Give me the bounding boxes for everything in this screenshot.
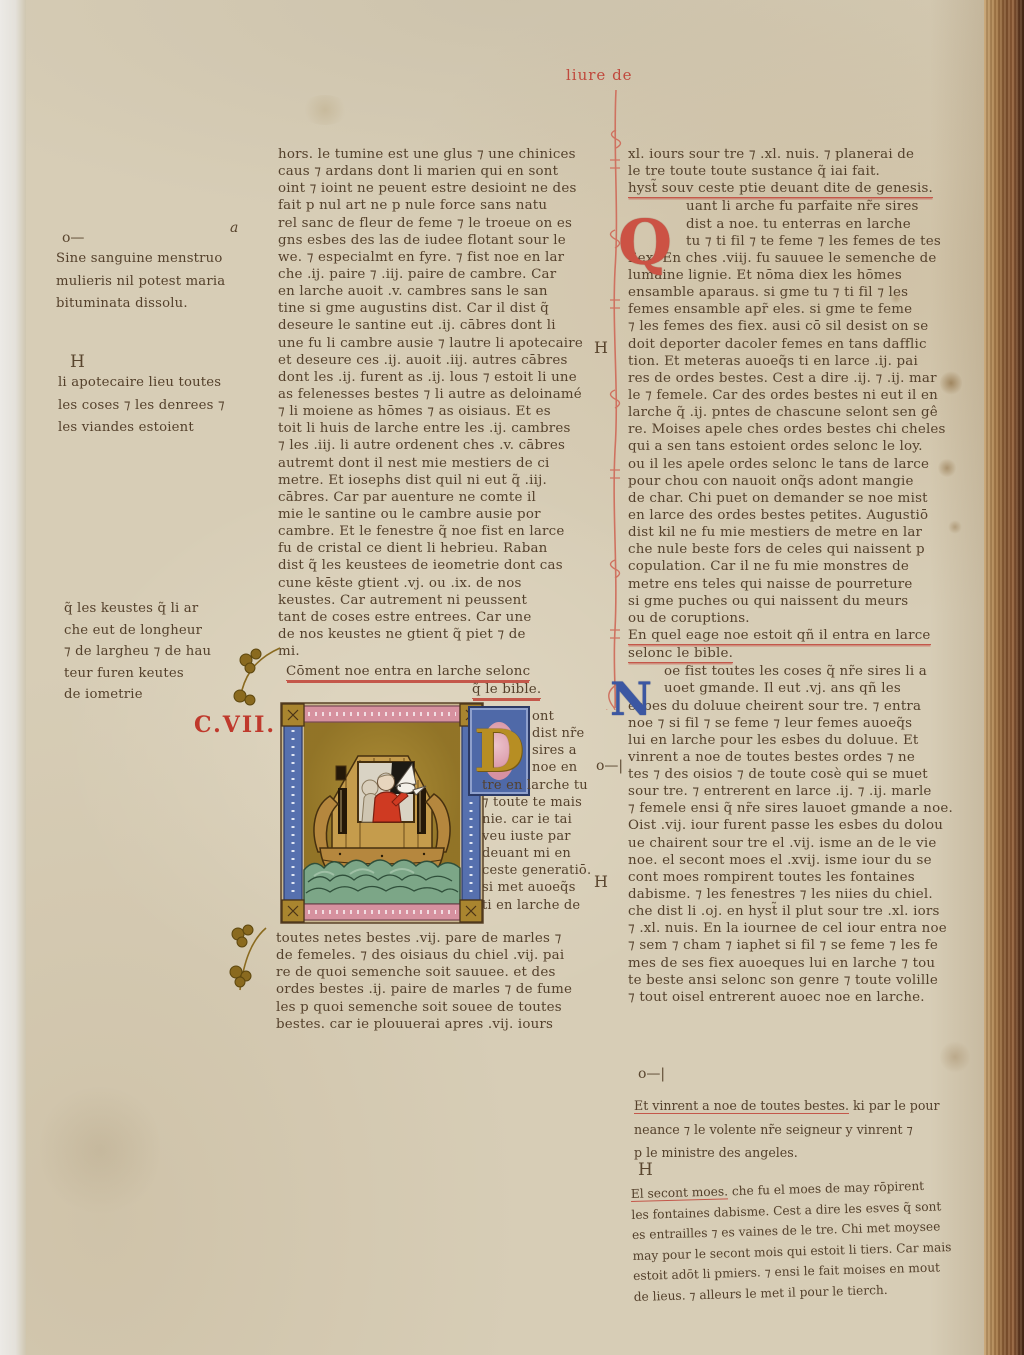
text-line: vinrent a noe de toutes bestes ordes ⁊ n… [628, 749, 974, 766]
text-line: le ⁊ femele. Car des ordes bestes ni eut… [628, 387, 974, 404]
text-line: fu de cristal ce dient li hebrieu. Raban [278, 540, 618, 557]
rubric-line: Cōment noe entra en larche selonc [286, 663, 530, 681]
text-line: larche q̃ .ij. pntes de chascune selont … [628, 404, 974, 421]
text-line: as felenesses bestes ⁊ li autre as deloi… [278, 386, 618, 403]
column1-text: hors. le tumine est une glus ⁊ une chini… [278, 146, 618, 660]
text-line: Oist .vij. iour furent passe les esbes d… [628, 817, 974, 834]
rubric-line: q̃ le bible. [472, 681, 541, 699]
text-line: che .ij. paire ⁊ .iij. paire de cambre. … [278, 266, 618, 283]
text-line: veu iuste par [482, 828, 614, 845]
text-line: re de quoi semenche soit sauuee. et des [276, 964, 620, 981]
text-line: nie. car ie tai [482, 811, 614, 828]
text-line: lui en larche pour les esbes du doluue. … [628, 732, 974, 749]
text-line: ⁊ tout oisel entrerent auoec noe en larc… [628, 989, 974, 1006]
margin-note-keustes: q̃ les keustes q̃ li arche eut de longhe… [64, 598, 254, 706]
text-line: cont moes rompirent toutes les fontaines [628, 869, 974, 886]
margin-note-line: che eut de longheur [64, 620, 254, 642]
noah-ark-miniature [280, 702, 484, 924]
text-line: qui a sen tans estoient ordes selonc le … [628, 438, 974, 455]
margin-note-apotecaire: li apotecaire lieu toutesles coses ⁊ les… [58, 372, 258, 440]
margin-note-line: q̃ les keustes q̃ li ar [64, 598, 254, 620]
text-line: toutes netes bestes .vij. pare de marles… [276, 930, 620, 947]
margin-note-line: teur furen keutes [64, 663, 254, 685]
text-line: noe en [482, 759, 614, 776]
text-line: mie le santine ou le cambre ausie por [278, 506, 618, 523]
text-line: une fu li cambre ausie ⁊ lautre li apote… [278, 335, 618, 352]
text-line: ou de coruptions. [628, 610, 974, 627]
text-line: uoet gmande. Il eut .vj. ans qñ les [628, 680, 974, 697]
margin-mark-o: o—| [638, 1066, 665, 1082]
text-line: dist q̃ les keustees de ieometrie dont c… [278, 557, 618, 574]
manuscript-page: liure de o— a Sine sanguine menstruomuli… [0, 0, 1024, 1355]
text-line: en larce des ordes bestes petites. Augus… [628, 507, 974, 524]
text-line: lumaine lignie. Et nōma diex les hōmes [628, 267, 974, 284]
text-line: de femeles. ⁊ des oisiaus du chiel .vij.… [276, 947, 620, 964]
text-line: dist a noe. tu enterras en larche [628, 216, 974, 233]
text-line: doit deporter dacoler femes en tans daff… [628, 336, 974, 353]
text-line: selonc le bible. [628, 645, 733, 663]
text-line: deuant mi en [482, 845, 614, 862]
margin-note-line: mulieris nil potest maria [56, 271, 256, 294]
text-line: ⁊ les femes des fiex. ausi cō sil desist… [628, 318, 974, 335]
text-line: che nule beste fors de celes qui naissen… [628, 541, 974, 558]
text-line: metre ens teles qui naisse de pourreture [628, 576, 974, 593]
margin-mark-h: H [594, 872, 608, 891]
trefoil-sprig-icon [232, 638, 286, 712]
stain [40, 1080, 160, 1220]
text-line: te beste ansi selonc son genre ⁊ toute v… [628, 972, 974, 989]
stain [300, 95, 350, 125]
column1-bottom-text: toutes netes bestes .vij. pare de marles… [276, 930, 620, 1033]
text-line: uant li arche fu parfaite nr̃e sires [628, 198, 974, 215]
text-line: hors. le tumine est une glus ⁊ une chini… [278, 146, 618, 163]
text-line: rel sanc de fleur de feme ⁊ le troeue on… [278, 215, 618, 232]
margin-note-line: li apotecaire lieu toutes [58, 372, 258, 395]
chapter-marker: C.VII. [194, 712, 276, 738]
margin-note-line: Sine sanguine menstruo [56, 248, 256, 271]
text-line: deseure le santine eut .ij. cābres dont … [278, 317, 618, 334]
text-line: mes de ses fiex auoeques lui en larche ⁊… [628, 955, 974, 972]
text-line: sour tre. ⁊ entrerent en larce .ij. ⁊ .i… [628, 783, 974, 800]
page-left-edge [0, 0, 26, 1355]
text-line: xl. iours sour tre ⁊ .xl. nuis. ⁊ planer… [628, 146, 974, 163]
margin-mark-a: a [230, 220, 238, 236]
text-line: de char. Chi puet on demander se noe mis… [628, 490, 974, 507]
text-line: fait p nul art ne p nule force sans natu [278, 197, 618, 214]
text-line: ⁊ li moiene as hōmes ⁊ as oisiaus. Et es [278, 403, 618, 420]
margin-note-latin: Sine sanguine menstruomulieris nil potes… [56, 248, 256, 316]
illuminated-initial-q: Q [618, 212, 672, 274]
text-line: autremt dont il nest mie mestiers de ci [278, 455, 618, 472]
text-line: fiex. En ches .viij. fu sauuee le semenc… [628, 250, 974, 267]
text-line: tu ⁊ ti fil ⁊ te feme ⁊ les femes de tes [628, 233, 974, 250]
margin-mark-h: H [638, 1160, 653, 1180]
text-line: En quel eage noe estoit qñ il entra en l… [628, 627, 931, 645]
margin-mark-o: o—| [596, 758, 623, 774]
text-line: ou il les apele ordes selonc le tans de … [628, 456, 974, 473]
text-line: ⁊ toute te mais [482, 794, 614, 811]
rubric-noe-entra: Cōment noe entra en larche selonc [286, 663, 530, 681]
margin-note-line: les viandes estoient [58, 417, 258, 440]
text-line: tine si gme augustins dist. Car il dist … [278, 300, 618, 317]
text-line: tes ⁊ des oisios ⁊ de toute cosè qui se … [628, 766, 974, 783]
text-line: esbes du doluue cheirent sour tre. ⁊ ent… [628, 698, 974, 715]
text-line: tant de coses estre entrees. Car une [278, 609, 618, 626]
text-line: copulation. Car il ne fu mie monstres de [628, 558, 974, 575]
column2-text: xl. iours sour tre ⁊ .xl. nuis. ⁊ planer… [628, 146, 974, 1006]
bottom-note-2: El secont moes. che fu el moes de may rō… [631, 1174, 1004, 1307]
text-line: cābres. Car par auenture ne comte il [278, 489, 618, 506]
note-line: Et vinrent a noe de toutes bestes. ki pa… [634, 1094, 990, 1118]
text-line: ordes bestes .ij. paire de marles ⁊ de f… [276, 981, 620, 998]
text-line: et deseure ces .ij. auoit .iij. autres c… [278, 352, 618, 369]
text-line: hyst̃ souv ceste ptie deuant dite de gen… [628, 180, 933, 198]
text-line: dist nr̃e [482, 725, 614, 742]
rubric-noe-entra-2: q̃ le bible. [472, 681, 541, 699]
text-line: toit li huis de larche entre les .ij. ca… [278, 420, 618, 437]
text-line: bestes. car ie plouuerai apres .vij. iou… [276, 1016, 620, 1033]
text-line: ont [482, 708, 614, 725]
text-line: re. Moises apele ches ordes bestes chi c… [628, 421, 974, 438]
text-line: ⁊ .xl. nuis. En la iournee de cel iour e… [628, 920, 974, 937]
text-line: metre. Et iosephs dist quil ni eut q̃ .i… [278, 472, 618, 489]
text-line: keustes. Car autrement ni peussent [278, 592, 618, 609]
margin-mark-h: H [70, 352, 85, 372]
note-line: p le ministre des angeles. [634, 1141, 990, 1165]
margin-note-line: de iometrie [64, 684, 254, 706]
text-line: tre en larche tu [482, 777, 614, 794]
text-line: ⁊ sem ⁊ cham ⁊ iaphet si fil ⁊ se feme ⁊… [628, 937, 974, 954]
text-line: pour chou con nauoit onq̃s adont mangie [628, 473, 974, 490]
text-line: tion. Et meteras auoeq̃s ti en larce .ij… [628, 353, 974, 370]
text-line: ⁊ les .iij. li autre ordenent ches .v. c… [278, 437, 618, 454]
margin-note-line: les coses ⁊ les denrees ⁊ [58, 395, 258, 418]
text-line: le tre toute toute sustance q̃ iai fait. [628, 163, 974, 180]
text-line: cune kēste gtient .vj. ou .ix. de nos [278, 575, 618, 592]
text-line: ⁊ femele ensi q̃ nr̃e sires lauoet gmand… [628, 800, 974, 817]
text-line: cambre. Et le fenestre q̃ noe fist en la… [278, 523, 618, 540]
text-line: sires a [482, 742, 614, 759]
note-line: neance ⁊ le volente nr̃e seigneur y vinr… [634, 1118, 990, 1142]
text-line: mi. [278, 643, 618, 660]
text-line: dont les .ij. furent as .ij. lous ⁊ esto… [278, 369, 618, 386]
text-line: gns esbes des las de iudee flotant sour … [278, 232, 618, 249]
margin-mark-o: o— [62, 230, 84, 246]
text-line: de nos keustes ne gtient q̃ piet ⁊ de [278, 626, 618, 643]
text-line: dist kil ne fu mie mestiers de metre en … [628, 524, 974, 541]
text-line: che dist li .oj. en hyst̃ il plut sour t… [628, 903, 974, 920]
text-line: oint ⁊ ioint ne peuent estre desioint ne… [278, 180, 618, 197]
trefoil-sprig-icon [226, 920, 274, 1000]
penwork-divider [600, 90, 628, 710]
text-line: noe ⁊ si fil ⁊ se feme ⁊ leur femes auoe… [628, 715, 974, 732]
text-line: les p quoi semenche soit souee de toutes [276, 999, 620, 1016]
text-line: oe fist toutes les coses q̃ nr̃e sires l… [628, 663, 974, 680]
text-line: we. ⁊ especialmt en fyre. ⁊ fist noe en … [278, 249, 618, 266]
text-line: ensamble aparaus. si gme tu ⁊ ti fil ⁊ l… [628, 284, 974, 301]
illuminated-initial-n: N [610, 676, 652, 722]
text-line: res de ordes bestes. Cest a dire .ij. ⁊ … [628, 370, 974, 387]
text-line: ue chairent sour tre el .vij. isme an de… [628, 835, 974, 852]
text-line: femes ensamble apr̃ eles. si gme te feme [628, 301, 974, 318]
bottom-note-1: Et vinrent a noe de toutes bestes. ki pa… [634, 1094, 990, 1165]
text-line: ti en larche de [482, 897, 614, 914]
book-fore-edge [984, 0, 1024, 1355]
text-line: noe. el secont moes el .xvij. isme iour … [628, 852, 974, 869]
running-header: liure de [566, 66, 633, 84]
text-line: dabisme. ⁊ les fenestres ⁊ les niies du … [628, 886, 974, 903]
text-line: si gme puches ou qui naissent du meurs [628, 593, 974, 610]
margin-note-line: ⁊ de largheu ⁊ de hau [64, 641, 254, 663]
text-line: caus ⁊ ardans dont li marien qui en sont [278, 163, 618, 180]
margin-note-line: bituminata dissolu. [56, 293, 256, 316]
text-line: en larche auoit .v. cambres sans le san [278, 283, 618, 300]
